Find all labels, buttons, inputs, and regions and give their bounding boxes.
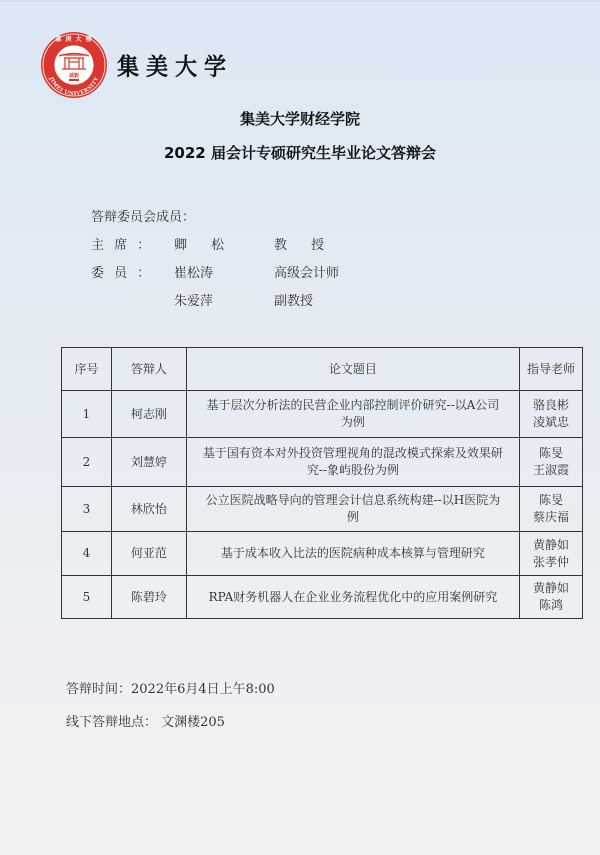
cell-no: 2 [62,438,112,487]
cell-advisor: 骆良彬 凌斌忠 [520,391,583,438]
cell-student: 柯志刚 [111,391,186,438]
cell-advisor: 陈旻 蔡庆福 [520,487,583,532]
cell-student: 陈碧玲 [111,576,186,619]
table-row: 4 何亚范 基于成本收入比法的医院病种成本核算与管理研究 黄静如 张孝仲 [62,532,583,576]
committee-chair-title: 教 授 [274,234,334,253]
advisor-name: 陈旻 [524,445,578,462]
defense-location: 线下答辩地点： 文渊楼205 [66,711,225,730]
svg-text:嘉 庚 大 楼: 嘉 庚 大 楼 [55,35,92,43]
university-name: 集美大学 [117,49,233,82]
advisor-name: 陈鸿 [524,597,578,614]
cell-no: 4 [62,532,112,576]
committee-member-name: 崔松涛 [174,262,213,281]
advisor-name: 蔡庆福 [524,509,578,526]
event-title: 2022 届会计专硕研究生毕业论文答辩会 [0,142,600,163]
cell-advisor: 陈旻 王淑霞 [520,438,583,487]
top-border [0,0,600,2]
cell-topic: 公立医院战略导向的管理会计信息系统构建--以H医院为例 [186,487,519,532]
svg-text:诚毅: 诚毅 [69,72,79,79]
committee-role-chair: 主 席 ： [91,234,153,253]
thesis-defense-table: 序号 答辩人 论文题目 指导老师 1 柯志刚 基于层次分析法的民营企业内部控制评… [61,347,583,619]
cell-topic: 基于国有资本对外投资管理视角的混改模式探索及效果研究--象屿股份为例 [186,438,519,487]
advisor-name: 王淑霞 [524,462,578,479]
committee-heading: 答辩委员会成员： [91,206,195,225]
cell-no: 5 [62,576,112,619]
cell-advisor: 黄静如 陈鸿 [520,576,583,619]
committee-member-title: 副教授 [274,290,313,309]
advisor-name: 骆良彬 [524,397,578,414]
advisor-name: 凌斌忠 [524,414,578,431]
committee-member-title: 高级会计师 [274,262,339,281]
topic-text: 公立医院战略导向的管理会计信息系统构建--以H医院为例 [191,492,515,526]
table-header-row: 序号 答辩人 论文题目 指导老师 [62,348,583,391]
committee-role-member: 委 员 ： [91,262,153,281]
table-row: 1 柯志刚 基于层次分析法的民营企业内部控制评价研究--以A公司为例 骆良彬 凌… [62,391,583,438]
jimei-university-seal-icon: 诚毅 嘉 庚 大 楼 JIMEI UNIVERSITY [40,31,108,99]
cell-no: 3 [62,487,112,532]
advisor-name: 黄静如 [524,580,578,597]
advisor-name: 黄静如 [524,537,578,554]
topic-text: RPA财务机器人在企业业务流程优化中的应用案例研究 [191,589,515,606]
school-title: 集美大学财经学院 [0,108,600,129]
header-advisor: 指导老师 [520,348,583,391]
cell-student: 刘慧婷 [111,438,186,487]
header-no: 序号 [62,348,112,391]
cell-advisor: 黄静如 张孝仲 [520,532,583,576]
committee-member-name: 朱爱萍 [174,290,213,309]
table-row: 2 刘慧婷 基于国有资本对外投资管理视角的混改模式探索及效果研究--象屿股份为例… [62,438,583,487]
header-topic: 论文题目 [186,348,519,391]
topic-text: 基于国有资本对外投资管理视角的混改模式探索及效果研究--象屿股份为例 [191,445,515,479]
cell-no: 1 [62,391,112,438]
topic-text: 基于成本收入比法的医院病种成本核算与管理研究 [191,545,515,562]
cell-student: 林欣怡 [111,487,186,532]
cell-student: 何亚范 [111,532,186,576]
advisor-name: 陈旻 [524,492,578,509]
defense-time: 答辩时间：2022年6月4日上午8:00 [66,678,275,697]
advisor-name: 张孝仲 [524,554,578,571]
committee-chair-name: 卿 松 [174,234,234,253]
cell-topic: RPA财务机器人在企业业务流程优化中的应用案例研究 [186,576,519,619]
table-row: 3 林欣怡 公立医院战略导向的管理会计信息系统构建--以H医院为例 陈旻 蔡庆福 [62,487,583,532]
header-student: 答辩人 [111,348,186,391]
table-row: 5 陈碧玲 RPA财务机器人在企业业务流程优化中的应用案例研究 黄静如 陈鸿 [62,576,583,619]
cell-topic: 基于层次分析法的民营企业内部控制评价研究--以A公司为例 [186,391,519,438]
cell-topic: 基于成本收入比法的医院病种成本核算与管理研究 [186,532,519,576]
topic-text: 基于层次分析法的民营企业内部控制评价研究--以A公司为例 [191,397,515,431]
